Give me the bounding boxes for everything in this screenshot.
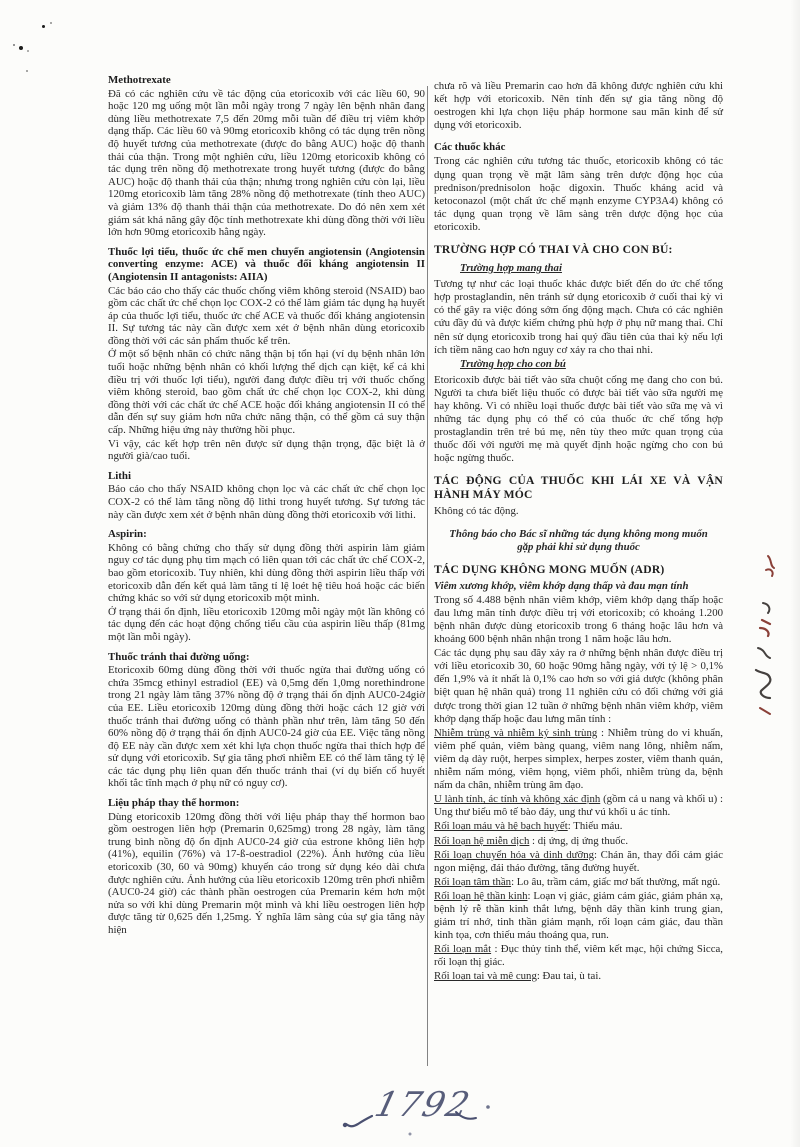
paragraph: Trường hợp mang thai [460, 262, 723, 275]
section-heading: TRƯỜNG HỢP CÓ THAI VÀ CHO CON BÚ: [434, 243, 723, 257]
paragraph: Trong các nghiên cứu tương tác thuốc, et… [434, 155, 723, 234]
paragraph: Etoricoxib được bài tiết vào sữa chuột c… [434, 374, 723, 466]
adr-item-label: Nhiễm trùng và nhiễm ký sinh trùng [434, 727, 597, 739]
adr-item-label: Rối loạn tâm thần [434, 876, 511, 888]
section-oral-contraceptives: Thuốc tránh thai đường uống:Etoricoxib 6… [108, 651, 425, 791]
adr-item: U lành tính, ác tính và không xác định (… [434, 793, 723, 819]
section-doctor-notice: Thông báo cho Bác sĩ những tác dụng khôn… [434, 528, 723, 554]
paragraph: Đã có các nghiên cứu về tác động của eto… [108, 88, 425, 239]
adr-item-label: U lành tính, ác tính và không xác định [434, 793, 600, 805]
adr-item: Nhiễm trùng và nhiễm ký sinh trùng : Nhi… [434, 727, 723, 792]
section-aspirin: Aspirin:Không có bằng chứng cho thấy sử … [108, 528, 425, 643]
handwritten-number-text: 1792 [371, 1085, 475, 1124]
section-heading: Aspirin: [108, 528, 425, 541]
paragraph: Trường hợp cho con bú [460, 358, 723, 371]
section-heading: Thuốc lợi tiểu, thuốc ức chế men chuyển … [108, 246, 425, 284]
ink-speck [19, 46, 23, 50]
adr-item: Rối loạn hệ thần kinh: Loạn vị giác, giả… [434, 890, 723, 942]
section-heading: Các thuốc khác [434, 141, 723, 154]
section-hormone-continuation: chưa rõ và liều Premarin cao hơn đã khôn… [434, 80, 723, 132]
ink-speck [50, 22, 52, 24]
section-heading: Lithi [108, 470, 425, 483]
adr-item: Rối loạn hệ miễn dịch : dị ứng, dị ứng t… [434, 835, 723, 848]
adr-item: Rối loạn máu và hệ bạch huyết: Thiếu máu… [434, 820, 723, 833]
section-heading: TÁC DỤNG KHÔNG MONG MUỐN (ADR) [434, 563, 723, 577]
paragraph: Vì vậy, các kết hợp trên nên được sử dụn… [108, 438, 425, 463]
column-divider-rule [427, 86, 428, 1066]
paragraph: Không có tác động. [434, 505, 723, 518]
left-column: MethotrexateĐã có các nghiên cứu về tác … [108, 74, 425, 944]
section-heading: Liệu pháp thay thế hormon: [108, 797, 425, 810]
paragraph: Ở một số bệnh nhân có chức năng thận bị … [108, 348, 425, 436]
paragraph: Thông báo cho Bác sĩ những tác dụng khôn… [440, 528, 717, 554]
adr-item-label: Rối loạn hệ miễn dịch [434, 835, 529, 847]
section-other-drugs: Các thuốc khácTrong các nghiên cứu tương… [434, 141, 723, 234]
paragraph: Viêm xương khớp, viêm khớp dạng thấp và … [434, 580, 723, 593]
paragraph: Etoricoxib 60mg dùng đồng thời với thuốc… [108, 664, 425, 790]
ink-speck [42, 25, 45, 28]
paragraph: Ở trạng thái ổn định, liều etoricoxib 12… [108, 606, 425, 644]
section-lithi: LithiBáo cáo cho thấy NSAID không chọn l… [108, 470, 425, 521]
adr-item-label: Rối loạn tai và mê cung [434, 970, 537, 982]
adr-item: Rối loạn chuyển hóa và dinh dưỡng: Chán … [434, 849, 723, 875]
section-driving-machines: TÁC ĐỘNG CỦA THUỐC KHI LÁI XE VÀ VẬN HÀN… [434, 474, 723, 518]
paragraph: Các tác dụng phụ sau đây xảy ra ở những … [434, 647, 723, 726]
adr-item: Rối loạn tâm thần: Lo âu, trầm cảm, giấc… [434, 876, 723, 889]
ink-speck [26, 70, 28, 72]
paragraph: Không có bằng chứng cho thấy sử dụng đồn… [108, 542, 425, 605]
paragraph: Báo cáo cho thấy NSAID không chọn lọc và… [108, 483, 425, 521]
adr-item-label: Rối loạn máu và hệ bạch huyết [434, 820, 568, 832]
section-heading: Methotrexate [108, 74, 425, 87]
paragraph: Trong số 4.488 bệnh nhân viêm khớp, viêm… [434, 594, 723, 646]
paragraph: Các báo cáo cho thấy các thuốc chống viê… [108, 285, 425, 348]
adr-item: Rối loạn tai và mê cung: Đau tai, ù tai. [434, 970, 723, 983]
section-heading: Thuốc tránh thai đường uống: [108, 651, 425, 664]
section-adverse-reactions: TÁC DỤNG KHÔNG MONG MUỐN (ADR)Viêm xương… [434, 563, 723, 984]
right-column: chưa rõ và liều Premarin cao hơn đã khôn… [434, 80, 723, 993]
ink-speck [27, 50, 29, 52]
adr-item-label: Rối loạn hệ thần kinh [434, 890, 528, 902]
scanned-leaflet-page: { "page": { "paper_color": "#fcfcfa", "i… [0, 0, 800, 1147]
paragraph: Tương tự như các loại thuốc khác được bi… [434, 278, 723, 357]
section-hormone-replacement: Liệu pháp thay thế hormon:Dùng etoricoxi… [108, 797, 425, 937]
adr-item-label: Rối loạn mắt [434, 943, 491, 955]
margin-annotation [738, 548, 788, 768]
handwritten-number-annotation: 1792 [338, 1072, 498, 1142]
section-diuretics-ace-aiia: Thuốc lợi tiểu, thuốc ức chế men chuyển … [108, 246, 425, 463]
section-methotrexate: MethotrexateĐã có các nghiên cứu về tác … [108, 74, 425, 239]
adr-item: Rối loạn mắt : Đục thủy tinh thể, viêm k… [434, 943, 723, 969]
section-pregnancy-lactation: TRƯỜNG HỢP CÓ THAI VÀ CHO CON BÚ:Trường … [434, 243, 723, 465]
ink-speck [13, 44, 15, 46]
adr-item-label: Rối loạn chuyển hóa và dinh dưỡng [434, 849, 594, 861]
paragraph: chưa rõ và liều Premarin cao hơn đã khôn… [434, 80, 723, 132]
section-heading: TÁC ĐỘNG CỦA THUỐC KHI LÁI XE VÀ VẬN HÀN… [434, 474, 723, 502]
paragraph: Dùng etoricoxib 120mg đồng thời với liệu… [108, 811, 425, 937]
